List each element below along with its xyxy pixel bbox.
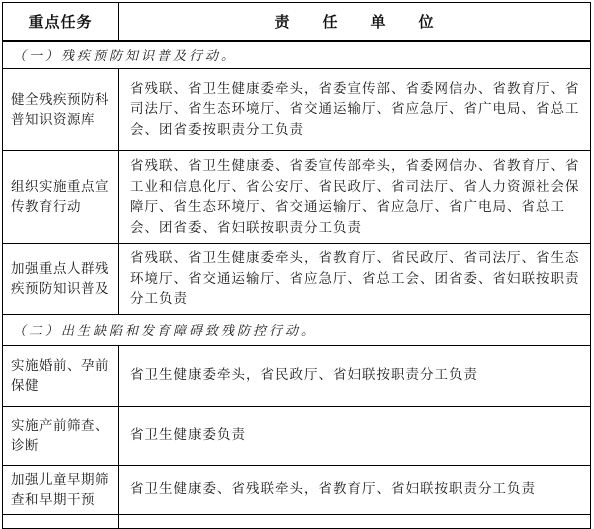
section-title: （二）出生缺陷和发育障碍致残防控行动。 [3, 314, 591, 345]
table-row: 组织实施重点宣传教育行动 省残联、省卫生健康委、省委宣传部牵头，省委网信办、省教… [3, 151, 591, 244]
unit-cell: 省卫生健康委、省残联牵头，省教育厅、省妇联按职责分工负责 [119, 465, 591, 493]
table-row: 实施产前筛查、诊断 省卫生健康委负责 [3, 406, 591, 465]
responsibility-table: 重点任务 责 任 单 位 （一）残疾预防知识普及行动。 健全残疾预防科普知识资源… [2, 2, 591, 493]
task-cell: 实施产前筛查、诊断 [3, 406, 119, 465]
section-row-2: （二）出生缺陷和发育障碍致残防控行动。 [3, 314, 591, 345]
table-row: 加强重点人群残疾预防知识普及 省残联、省卫生健康委牵头，省教育厅、省民政厅、省司… [3, 244, 591, 315]
table-row: 健全残疾预防科普知识资源库 省残联、省卫生健康委牵头，省委宣传部、省委网信办、省… [3, 69, 591, 151]
task-cell: 实施婚前、孕前保健 [3, 345, 119, 406]
task-cell: 健全残疾预防科普知识资源库 [3, 69, 119, 151]
table-header-row: 重点任务 责 任 单 位 [3, 3, 591, 41]
section-title: （一）残疾预防知识普及行动。 [3, 41, 591, 69]
task-cell: 加强儿童早期筛查和早期干预 [3, 465, 119, 493]
section-row-1: （一）残疾预防知识普及行动。 [3, 41, 591, 69]
table-row: 加强儿童早期筛查和早期干预 省卫生健康委、省残联牵头，省教育厅、省妇联按职责分工… [3, 465, 591, 493]
table-row: 实施婚前、孕前保健 省卫生健康委牵头，省民政厅、省妇联按职责分工负责 [3, 345, 591, 406]
unit-cell: 省残联、省卫生健康委牵头，省教育厅、省民政厅、省司法厅、省生态环境厅、省交通运输… [119, 244, 591, 315]
task-cell: 加强重点人群残疾预防知识普及 [3, 244, 119, 315]
column-header-unit: 责 任 单 位 [119, 3, 591, 41]
unit-cell: 省卫生健康委牵头，省民政厅、省妇联按职责分工负责 [119, 345, 591, 406]
unit-cell: 省残联、省卫生健康委、省委宣传部牵头，省委网信办、省教育厅、省工业和信息化厅、省… [119, 151, 591, 244]
task-cell: 组织实施重点宣传教育行动 [3, 151, 119, 244]
column-header-task: 重点任务 [3, 3, 119, 41]
unit-cell: 省残联、省卫生健康委牵头，省委宣传部、省委网信办、省教育厅、省司法厅、省生态环境… [119, 69, 591, 151]
unit-cell: 省卫生健康委负责 [119, 406, 591, 465]
